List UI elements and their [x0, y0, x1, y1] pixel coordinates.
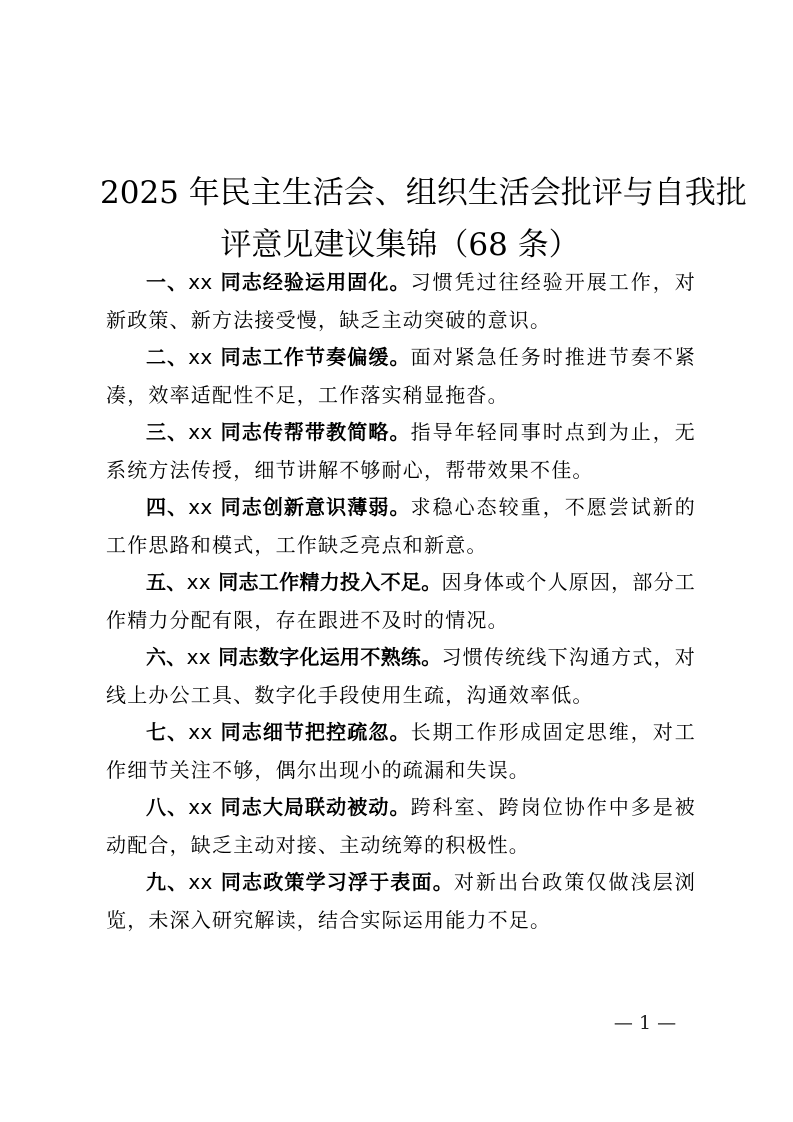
item-heading: 五、xx 同志工作精力投入不足。	[146, 570, 442, 594]
list-item: 一、xx 同志经验运用固化。习惯凭过往经验开展工作，对新政策、新方法接受慢，缺乏…	[106, 264, 696, 339]
title-line-1: 2025 年民主生活会、组织生活会批评与自我批	[100, 167, 700, 219]
item-heading: 三、xx 同志传帮带教简略。	[146, 420, 411, 444]
item-heading-text: 同志传帮带教简略。	[221, 420, 411, 444]
item-name: xx	[188, 870, 212, 894]
item-name: xx	[188, 495, 212, 519]
item-name: xx	[188, 720, 212, 744]
item-heading: 七、xx 同志细节把控疏忽。	[146, 720, 411, 744]
list-item: 五、xx 同志工作精力投入不足。因身体或个人原因，部分工作精力分配有限，存在跟进…	[106, 564, 696, 639]
item-heading-text: 同志经验运用固化。	[221, 270, 411, 294]
item-heading: 九、xx 同志政策学习浮于表面。	[146, 870, 454, 894]
list-item: 二、xx 同志工作节奏偏缓。面对紧急任务时推进节奏不紧凑，效率适配性不足，工作落…	[106, 339, 696, 414]
item-heading: 四、xx 同志创新意识薄弱。	[146, 495, 411, 519]
list-item: 四、xx 同志创新意识薄弱。求稳心态较重，不愿尝试新的工作思路和模式，工作缺乏亮…	[106, 489, 696, 564]
list-item: 三、xx 同志传帮带教简略。指导年轻同事时点到为止，无系统方法传授，细节讲解不够…	[106, 414, 696, 489]
item-number: 五、	[146, 570, 187, 594]
item-number: 七、	[146, 720, 188, 744]
item-name: xx	[188, 345, 212, 369]
list-item: 七、xx 同志细节把控疏忽。长期工作形成固定思维，对工作细节关注不够，偶尔出现小…	[106, 714, 696, 789]
item-number: 六、	[146, 645, 187, 669]
item-name: xx	[188, 270, 212, 294]
item-heading: 六、xx 同志数字化运用不熟练。	[146, 645, 442, 669]
document-body: 一、xx 同志经验运用固化。习惯凭过往经验开展工作，对新政策、新方法接受慢，缺乏…	[106, 264, 696, 939]
list-item: 六、xx 同志数字化运用不熟练。习惯传统线下沟通方式，对线上办公工具、数字化手段…	[106, 639, 696, 714]
list-item: 八、xx 同志大局联动被动。跨科室、跨岗位协作中多是被动配合，缺乏主动对接、主动…	[106, 789, 696, 864]
page-number: — 1 —	[600, 1012, 690, 1034]
item-name: xx	[187, 645, 211, 669]
item-heading-text: 同志工作节奏偏缓。	[221, 345, 411, 369]
document-title: 2025 年民主生活会、组织生活会批评与自我批 评意见建议集锦（68 条）	[100, 167, 700, 271]
item-name: xx	[188, 795, 212, 819]
item-number: 二、	[146, 345, 188, 369]
document-page: 2025 年民主生活会、组织生活会批评与自我批 评意见建议集锦（68 条） 一、…	[0, 0, 793, 1122]
item-heading: 八、xx 同志大局联动被动。	[146, 795, 411, 819]
list-item: 九、xx 同志政策学习浮于表面。对新出台政策仅做浅层浏览，未深入研究解读，结合实…	[106, 864, 696, 939]
item-heading-text: 同志创新意识薄弱。	[221, 495, 411, 519]
title-line-2: 评意见建议集锦（68 条）	[100, 219, 700, 271]
item-heading-text: 同志细节把控疏忽。	[221, 720, 411, 744]
item-heading-text: 同志工作精力投入不足。	[218, 570, 441, 594]
item-heading: 一、xx 同志经验运用固化。	[146, 270, 411, 294]
item-name: xx	[188, 420, 212, 444]
item-number: 三、	[146, 420, 188, 444]
item-name: xx	[187, 570, 211, 594]
item-number: 九、	[146, 870, 188, 894]
item-heading: 二、xx 同志工作节奏偏缓。	[146, 345, 411, 369]
item-number: 四、	[146, 495, 188, 519]
item-heading-text: 同志大局联动被动。	[221, 795, 411, 819]
item-number: 八、	[146, 795, 188, 819]
item-heading-text: 同志数字化运用不熟练。	[218, 645, 441, 669]
item-number: 一、	[146, 270, 188, 294]
item-heading-text: 同志政策学习浮于表面。	[221, 870, 454, 894]
